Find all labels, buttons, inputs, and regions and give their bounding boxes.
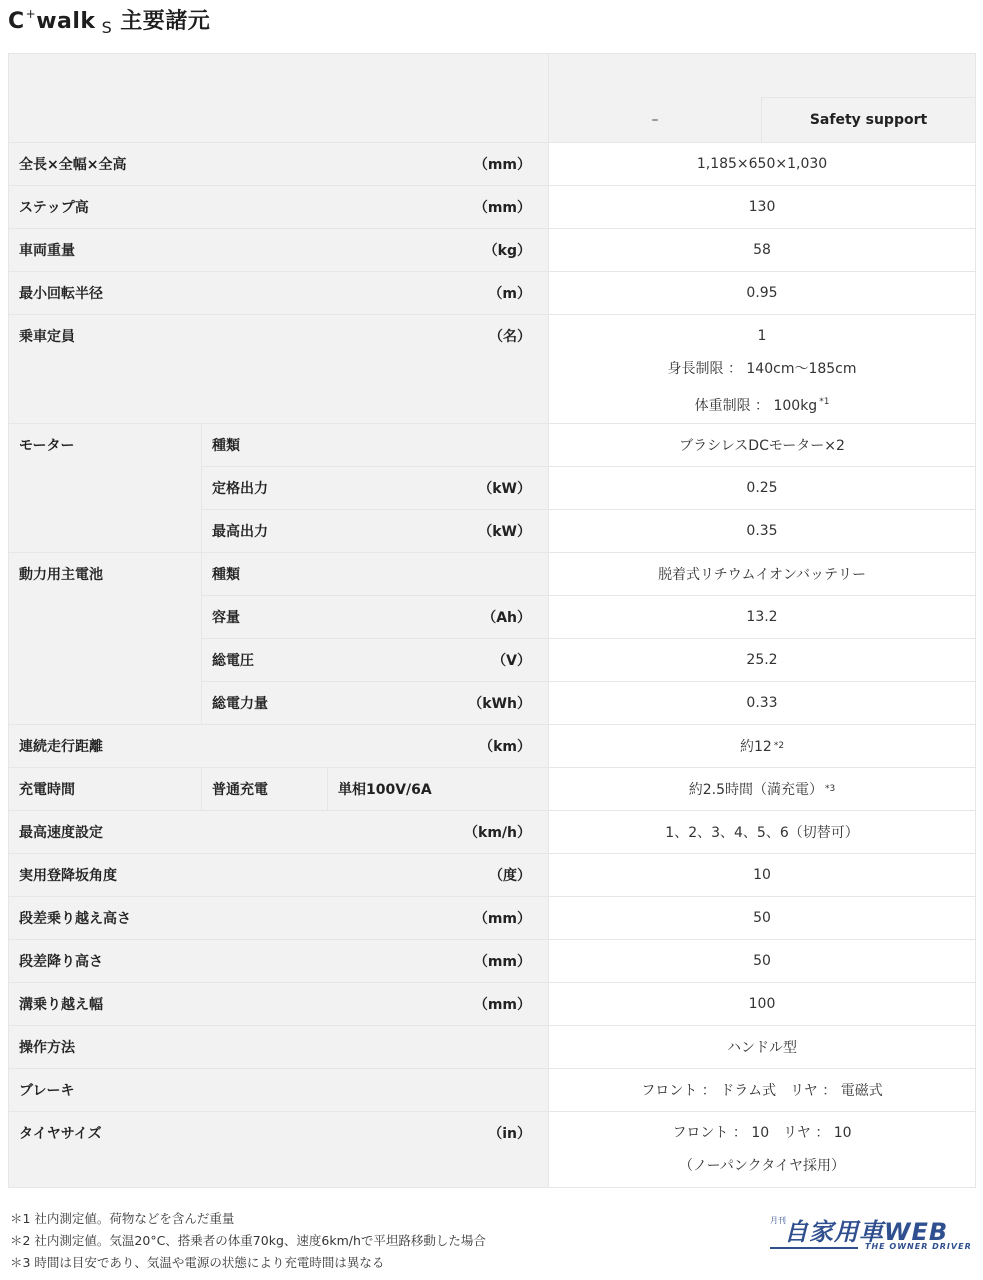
- row-value: 10: [549, 854, 975, 896]
- row-unit: （km/h）: [464, 822, 531, 842]
- row-unit: （kg）: [484, 240, 531, 260]
- table-row: 段差降り高さ（mm） 50: [9, 940, 976, 983]
- table-row: 最小回転半径（m） 0.95: [9, 272, 976, 315]
- footnote-ref: *2: [774, 741, 784, 751]
- title-main: walk: [36, 9, 95, 34]
- row-value: ブラシレスDCモーター×2: [549, 424, 975, 466]
- table-row: 乗車定員（名） 1 身長制限 ： 140cm～185cm 体重制限 ： 100k…: [9, 315, 976, 424]
- row-unit: （mm）: [474, 994, 531, 1014]
- spec-table: – Safety support 全長×全幅×全高（mm） 1,185×650×…: [8, 53, 976, 1188]
- logo-underline: [770, 1247, 858, 1249]
- table-row: 全長×全幅×全高（mm） 1,185×650×1,030: [9, 143, 976, 186]
- row-value: 50: [549, 940, 975, 982]
- group-label-motor: モーター: [19, 435, 74, 455]
- row-unit: （mm）: [474, 908, 531, 928]
- row-label: ステップ高: [19, 197, 89, 217]
- footnote-ref: *3: [825, 784, 835, 794]
- table-row: 車両重量（kg） 58: [9, 229, 976, 272]
- row-value: 130: [549, 186, 975, 228]
- publisher-logo: 月刊 自家用車WEB THE OWNER DRIVER: [770, 1212, 965, 1252]
- group-label-battery: 動力用主電池: [19, 564, 103, 584]
- row-label: ブレーキ: [19, 1080, 74, 1100]
- row-label: 最高速度設定: [19, 822, 103, 842]
- row-value: 1: [549, 324, 975, 357]
- row-label: 種類: [212, 435, 240, 455]
- row-value: 100: [549, 983, 975, 1025]
- table-row: ステップ高（mm） 130: [9, 186, 976, 229]
- row-value: 25.2: [549, 639, 975, 681]
- logo-tagline: THE OWNER DRIVER: [865, 1242, 972, 1251]
- row-unit: （kWh）: [468, 693, 531, 713]
- table-row: 最高速度設定（km/h） 1、2、3、4、5、6（切替可）: [9, 811, 976, 854]
- row-label: 全長×全幅×全高: [19, 154, 126, 174]
- row-unit: （mm）: [474, 197, 531, 217]
- table-row: 段差乗り越え高さ（mm） 50: [9, 897, 976, 940]
- table-row: 実用登降坂角度（度） 10: [9, 854, 976, 897]
- row-label: 容量: [212, 607, 240, 627]
- row-label: 最小回転半径: [19, 283, 103, 303]
- header-blank: [9, 54, 549, 143]
- footnote-ref: *1: [819, 397, 829, 407]
- title-sub: S: [102, 18, 113, 37]
- row-label: 溝乗り越え幅: [19, 994, 103, 1014]
- table-row: タイヤサイズ（in） フロント ： 10 リヤ ： 10 （ノーパンクタイヤ採用…: [9, 1112, 976, 1188]
- option-safety-support: Safety support: [761, 97, 975, 142]
- header-row: – Safety support: [9, 54, 976, 143]
- row-value: 約2.5時間（満充電）: [689, 779, 823, 799]
- row-value: 0.35: [549, 510, 975, 552]
- row-value: 脱着式リチウムイオンバッテリー: [549, 553, 975, 595]
- row-label: 段差乗り越え高さ: [19, 908, 131, 928]
- footnote-2: ＊2 社内測定値。気温20°C、搭乗者の体重70kg、速度6km/hで平坦路移動…: [10, 1230, 486, 1252]
- row-unit: （Ah）: [482, 607, 531, 627]
- title-prefix: C: [8, 9, 25, 34]
- row-label: 実用登降坂角度: [19, 865, 117, 885]
- row-label: 乗車定員: [19, 326, 75, 346]
- weight-limit: 体重制限 ： 100kg: [695, 398, 818, 414]
- row-value: フロント ： ドラム式 リヤ ： 電磁式: [549, 1069, 975, 1111]
- row-label: 総電力量: [212, 693, 268, 713]
- row-unit: （V）: [492, 650, 531, 670]
- row-label: 最高出力: [212, 521, 268, 541]
- row-label: 連続走行距離: [19, 736, 103, 756]
- table-row: 操作方法 ハンドル型: [9, 1026, 976, 1069]
- row-value: 50: [549, 897, 975, 939]
- table-row: 充電時間 普通充電 単相100V/6A 約2.5時間（満充電）*3: [9, 768, 976, 811]
- title-sup: +: [26, 7, 37, 21]
- charge-type: 普通充電: [212, 779, 268, 799]
- row-value: 58: [549, 229, 975, 271]
- row-label: タイヤサイズ: [19, 1123, 102, 1143]
- option-standard: –: [549, 97, 761, 142]
- row-value: フロント ： 10 リヤ ： 10: [549, 1121, 975, 1154]
- row-label: 種類: [212, 564, 240, 584]
- charge-source: 単相100V/6A: [338, 779, 432, 799]
- table-row: 連続走行距離（km） 約12*2: [9, 725, 976, 768]
- row-value: 13.2: [549, 596, 975, 638]
- row-value: 0.33: [549, 682, 975, 724]
- row-unit: （名）: [489, 326, 531, 346]
- row-unit: （km）: [479, 736, 531, 756]
- row-unit: （m）: [488, 283, 531, 303]
- row-value: 1,185×650×1,030: [549, 143, 975, 185]
- row-value: 0.95: [549, 272, 975, 314]
- row-value: 0.25: [549, 467, 975, 509]
- row-label: 充電時間: [19, 779, 75, 799]
- row-value: 1、2、3、4、5、6（切替可）: [549, 811, 975, 853]
- row-unit: （度）: [489, 865, 531, 885]
- row-label: 定格出力: [212, 478, 268, 498]
- row-label: 車両重量: [19, 240, 75, 260]
- footnote-3: ＊3 時間は目安であり、気温や電源の状態により充電時間は異なる: [10, 1252, 486, 1274]
- table-row: 溝乗り越え幅（mm） 100: [9, 983, 976, 1026]
- row-value: 約12: [740, 736, 772, 756]
- row-unit: （kW）: [478, 478, 531, 498]
- row-unit: （kW）: [478, 521, 531, 541]
- row-label: 操作方法: [19, 1037, 75, 1057]
- row-label: 段差降り高さ: [19, 951, 103, 971]
- title-suffix: 主要諸元: [120, 9, 210, 34]
- footnotes: ＊1 社内測定値。荷物などを含んだ重量 ＊2 社内測定値。気温20°C、搭乗者の…: [10, 1208, 486, 1274]
- height-limit: 身長制限 ： 140cm～185cm: [549, 357, 975, 390]
- table-row: ブレーキ フロント ： ドラム式 リヤ ： 電磁式: [9, 1069, 976, 1112]
- tire-note: （ノーパンクタイヤ採用）: [549, 1154, 975, 1187]
- row-value: ハンドル型: [549, 1026, 975, 1068]
- header-options: – Safety support: [549, 54, 976, 143]
- row-unit: （mm）: [474, 154, 531, 174]
- footnote-1: ＊1 社内測定値。荷物などを含んだ重量: [10, 1208, 486, 1230]
- row-unit: （in）: [488, 1123, 531, 1143]
- page-title: C+walkS主要諸元: [8, 4, 210, 36]
- row-unit: （mm）: [474, 951, 531, 971]
- row-label: 総電圧: [212, 650, 254, 670]
- table-row: 動力用主電池 種類 脱着式リチウムイオンバッテリー: [9, 553, 976, 596]
- table-row: モーター 種類 ブラシレスDCモーター×2: [9, 424, 976, 467]
